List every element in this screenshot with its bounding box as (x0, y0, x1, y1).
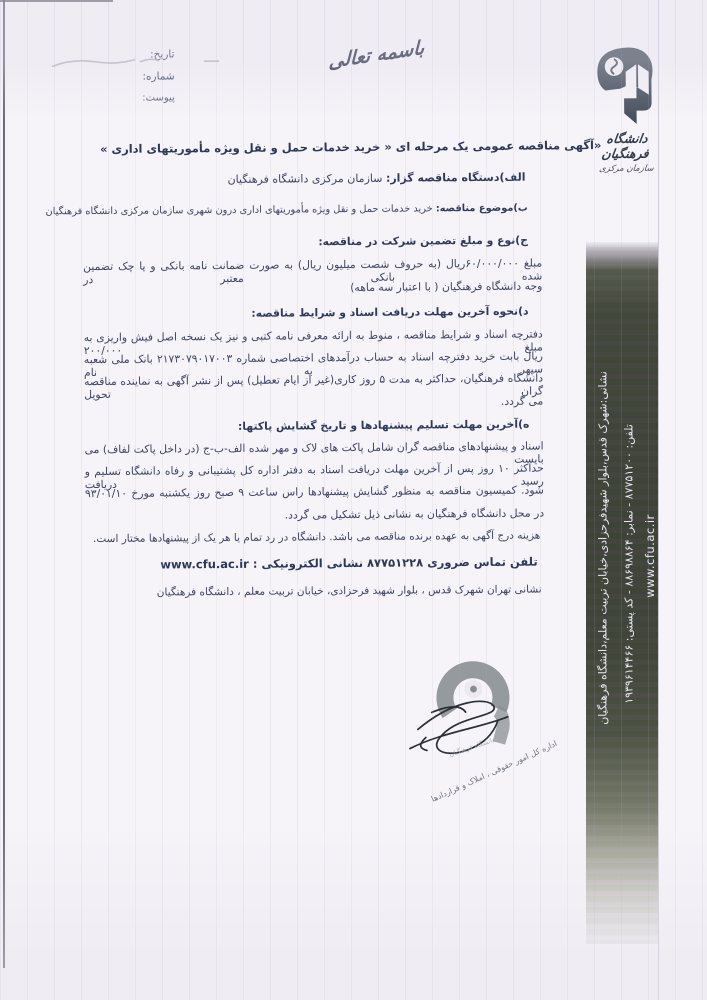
edge-website-vertical: www.cfu.ac.ir (643, 514, 657, 598)
stamp-and-signature: دانشگاه فرهنگیان اداره کل امور حقوقی ، ا… (401, 650, 582, 821)
section-d-header: د)نحوه آخرین مهلت دریافت اسناد و شرایط م… (251, 305, 528, 320)
scanned-tender-document: نشانی:شهرک قدس،بلوار شهیدفرحزادی،خیابان … (0, 0, 707, 1000)
address-line: نشانی تهران شهرک قدس ، بلوار شهید فرحزاد… (109, 583, 590, 599)
scan-edge-left-line (3, 0, 5, 968)
university-logo-block: دانشگاه فرهنگیان سازمان مرکزی (580, 43, 671, 174)
section-a-line: الف)دستگاه مناقصه گزار: سازمان مرکزی دان… (228, 171, 526, 186)
edge-phone-vertical: تلفن: ۸۷۷۵۱۲۰۰ - نمابر: ۸۸۶۹۸۸۶۴ - کد پس… (623, 424, 636, 704)
section-b-line: ب)موضوع مناقصه: خرید خدمات حمل و نقل ویژ… (45, 203, 527, 218)
section-b-value: خرید خدمات حمل و نقل ویژه مأموریتهای ادا… (45, 203, 435, 217)
section-c-header: ج)نوع و مبلغ تضمین شرکت در مناقصه: (318, 234, 528, 249)
university-logo-icon (594, 44, 657, 130)
attachment-label: پیوست: (142, 92, 175, 103)
section-e-header: ه)آخرین مهلت تسلیم پیشنهادها و تاریخ گشا… (238, 418, 530, 433)
contact-line: تلفن تماس ضروری ۸۷۷۵۱۲۲۸ نشانی الکترونیک… (108, 554, 589, 572)
edge-address-vertical: نشانی:شهرک قدس،بلوار شهیدفرحزادی،خیابان … (597, 371, 610, 725)
doc-title: «آگهی مناقصه عمومی یک مرحله ای « خرید خد… (97, 138, 604, 156)
section-e-body-line3: شود. کمیسیون مناقصه به منظور گشایش پیشنه… (85, 484, 544, 501)
scan-edge-top-line (0, 0, 113, 2)
note-line: هزینه درج آگهی به عهده برنده مناقصه می ب… (93, 530, 540, 546)
signature-scribble (410, 701, 508, 753)
pencil-scribble (44, 47, 234, 78)
university-unit: سازمان مرکزی (581, 163, 672, 174)
section-d-body-line3: دانشگاه فرهنگیان، حداکثر به مدت ۵ روز کا… (84, 372, 543, 402)
section-a-value: سازمان مرکزی دانشگاه فرهنگیان (228, 172, 386, 186)
section-b-label: ب)موضوع مناقصه: (436, 203, 528, 215)
section-c-body-line2: وجه دانشگاه فرهنگیان ( با اعتبار سه ماهه… (350, 280, 542, 295)
section-e-body-line4: در محل دانشگاه فرهنگیان به نشانی ذیل تشک… (285, 507, 544, 522)
section-a-label: الف)دستگاه مناقصه گزار: (386, 171, 526, 185)
section-d-body-line4: می گردد. (501, 395, 543, 408)
basmala-calligraphy: باسمه تعالی (319, 35, 434, 74)
